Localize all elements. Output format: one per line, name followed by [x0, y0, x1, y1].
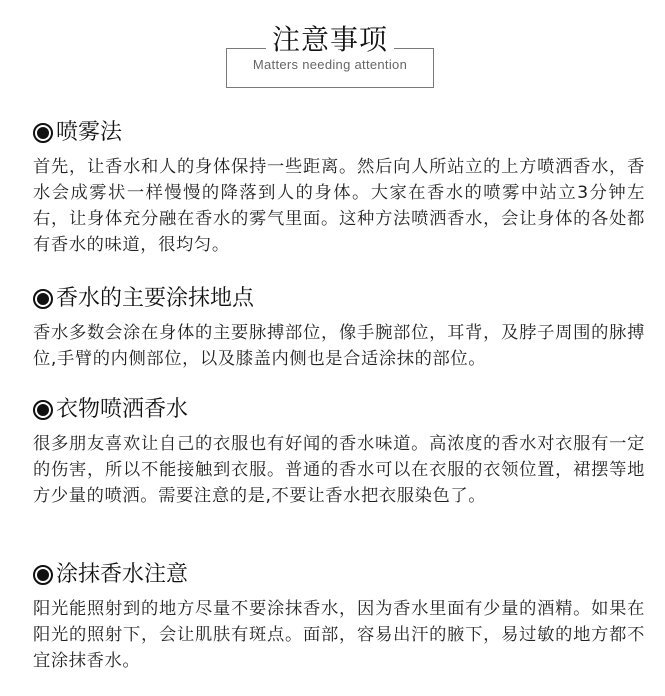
section-body: 阳光能照射到的地方尽量不要涂抹香水，因为香水里面有少量的酒精。如果在阳光的照射下…: [33, 596, 645, 674]
circled-dot-icon: [33, 289, 53, 309]
section-clothing-spray: 衣物喷洒香水 很多朋友喜欢让自己的衣服也有好闻的香水味道。高浓度的香水对衣服有一…: [33, 395, 645, 509]
section-heading-text: 喷雾法: [56, 118, 122, 148]
section-application-points: 香水的主要涂抹地点 香水多数会涂在身体的主要脉搏部位，像手腕部位，耳背，及脖子周…: [33, 284, 645, 372]
page-title: 注意事项: [266, 22, 394, 58]
section-spray-method: 喷雾法 首先，让香水和人的身体保持一些距离。然后向人所站立的上方喷洒香水，香水会…: [33, 118, 645, 258]
section-body: 很多朋友喜欢让自己的衣服也有好闻的香水味道。高浓度的香水对衣服有一定的伤害，所以…: [33, 431, 645, 509]
title-block: 注意事项 Matters needing attention: [226, 20, 434, 88]
section-heading: 喷雾法: [33, 118, 645, 148]
circled-dot-icon: [33, 400, 53, 420]
circled-dot-icon: [33, 565, 53, 585]
section-application-cautions: 涂抹香水注意 阳光能照射到的地方尽量不要涂抹香水，因为香水里面有少量的酒精。如果…: [33, 560, 645, 674]
section-body: 香水多数会涂在身体的主要脉搏部位，像手腕部位，耳背，及脖子周围的脉搏位,手臂的内…: [33, 320, 645, 372]
page-subtitle: Matters needing attention: [226, 57, 434, 72]
section-body: 首先，让香水和人的身体保持一些距离。然后向人所站立的上方喷洒香水，香水会成雾状一…: [33, 154, 645, 258]
section-heading-text: 衣物喷洒香水: [56, 395, 188, 425]
section-heading-text: 涂抹香水注意: [56, 560, 188, 590]
circled-dot-icon: [33, 123, 53, 143]
section-heading-text: 香水的主要涂抹地点: [56, 284, 254, 314]
section-heading: 涂抹香水注意: [33, 560, 645, 590]
section-heading: 香水的主要涂抹地点: [33, 284, 645, 314]
section-heading: 衣物喷洒香水: [33, 395, 645, 425]
